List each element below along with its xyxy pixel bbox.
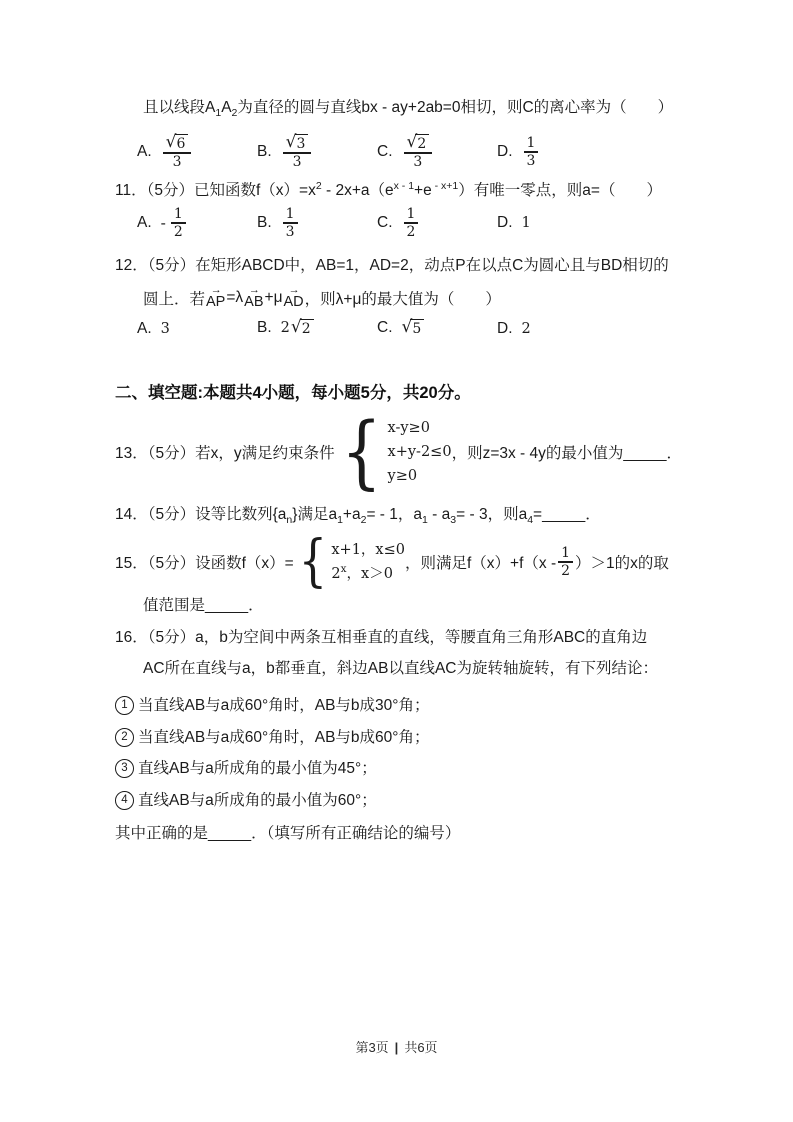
q15-text-pre: 15．（5分）设函数f（x）= [115,551,294,573]
option-b-label: B. [257,319,272,337]
minus-sign: - [161,214,166,232]
circled-number-4: 4 [115,791,134,810]
q14-text: 14．（5分）设等比数列{a [115,506,286,523]
list-item: 1 当直线AB与a成60°角时，AB与b成30°角； [115,690,755,722]
section-2-heading: 二、填空题:本题共4小题，每小题5分，共20分。 [115,382,755,404]
option-d-label: D. [497,214,513,232]
q10-text: A [221,99,231,116]
page-total: 共6页 [404,1040,437,1055]
q15-stem: 15．（5分）设函数f（x）= { x+1，x≤0 2x，x＞0 ，则满足f（x… [115,538,755,586]
sqrt-radicand: 2 [415,134,429,153]
option-d-value: 2 [522,321,531,337]
fraction-numerator: 1 [404,206,419,223]
q11-text: - 2x+a（e [322,182,394,199]
constraint-row: y≥0 [388,464,452,488]
conclusion-text: 当直线AB与a成60°角时，AB与b成30°角； [138,690,429,722]
q14-stem: 14．（5分）设等比数列{an}满足a1+a2= - 1，a1 - a3= - … [115,504,755,525]
q11-options: A. - 1 2 B. 1 3 C. 1 [115,201,755,245]
sqrt-expression: √2 [291,319,314,338]
constraint-row: x-y≥0 [388,416,452,440]
q16-answer-line: 其中正确的是_____．（填写所有正确结论的编号） [115,818,755,849]
q11-text: +e [414,182,432,199]
vector-letters: AP [206,295,225,310]
option-a: A. √6 3 [137,134,257,171]
q12-text: ，则λ+μ的最大值为（ ） [305,287,501,309]
option-c-label: C. [377,143,393,161]
fraction-numerator: 1 [524,135,539,152]
q16-stem-line2: AC所在直线与a，b都垂直，斜边AB以直线AC为旋转轴旋转，有下列结论： [115,658,755,679]
piecewise-row: 2x，x＞0 [331,562,405,586]
circled-number-3: 3 [115,759,134,778]
sqrt-expression: √5 [402,319,425,338]
q14-text: = - 3，则a [456,506,527,523]
q10-text: 为直径的圆与直线bx - ay+2ab=0相切，则C的离心率为（ ） [237,99,673,116]
fraction: 1 3 [283,206,298,241]
option-d-value: 1 [522,215,531,231]
option-c-label: C. [377,319,393,337]
fraction: √2 3 [404,134,433,171]
q13-text-pre: 13．（5分）若x，y满足约束条件 [115,441,335,463]
q12-text: =λ [226,289,243,307]
q14-text: =_____． [533,506,601,523]
fraction-denominator: 3 [524,153,539,170]
vector-ad: →AD [284,287,304,310]
q16-stem-line1: 16．（5分）a，b为空间中两条互相垂直的直线，等腰直角三角形ABC的直角边 [115,627,755,648]
option-d: D. 2 [497,320,531,338]
list-item: 2 当直线AB与a成60°角时，AB与b成60°角； [115,722,755,754]
option-c: C. √5 [377,319,497,338]
page-footer: 第3页|共6页 [0,1037,793,1056]
option-c-label: C. [377,214,393,232]
fraction: 1 3 [524,135,539,170]
q15-stem-line2: 值范围是_____． [115,595,755,616]
option-a: A. 3 [137,320,257,338]
fraction: 1 2 [558,545,573,580]
fraction-denominator: 2 [404,224,419,241]
exam-content: 且以线段A1A2为直径的圆与直线bx - ay+2ab=0相切，则C的离心率为（… [115,97,755,849]
conclusion-text: 当直线AB与a成60°角时，AB与b成60°角； [138,722,429,754]
q14-text: }满足a [292,506,337,523]
q11-text: ）有唯一零点，则a=（ ） [458,182,662,199]
fraction-numerator: √3 [283,134,312,153]
q10-text: 且以线段A [143,99,215,116]
sqrt-radicand: 3 [295,134,309,153]
fraction-numerator: √2 [404,134,433,153]
circled-number-2: 2 [115,728,134,747]
option-a-label: A. [137,143,152,161]
option-b-label: B. [257,214,272,232]
option-c: C. √2 3 [377,134,497,171]
piecewise-base: 2 [331,566,340,582]
q10-continuation-line: 且以线段A1A2为直径的圆与直线bx - ay+2ab=0相切，则C的离心率为（… [115,97,755,118]
fraction-denominator: 3 [170,154,185,171]
option-a: A. - 1 2 [137,206,257,241]
q15-text-mid: ，则满足f（x）+f（x - [405,551,556,573]
footer-separator: | [395,1040,399,1055]
q13-stem: 13．（5分）若x，y满足约束条件 { x-y≥0 x+y-2≤0 y≥0 ，则… [115,416,755,488]
sqrt-radicand: 2 [300,319,314,338]
sqrt-expression: √2 [407,134,430,153]
page-number: 第3页 [355,1040,388,1055]
fraction-numerator: 1 [283,206,298,223]
q14-text: - a [428,506,450,523]
option-a-value: 3 [161,321,170,337]
sqrt-expression: √3 [286,134,309,153]
option-b: B. 2 √2 [257,319,377,338]
q12-text: +μ [265,289,283,307]
left-brace: { [298,538,327,586]
option-a-label: A. [137,214,152,232]
constraint-row: x+y-2≤0 [388,440,452,464]
conclusion-text: 直线AB与a所成角的最小值为45°； [138,753,377,785]
fraction-denominator: 3 [290,154,305,171]
left-brace: { [341,418,382,486]
piecewise-row: x+1，x≤0 [331,538,405,562]
q15-piecewise-system: x+1，x≤0 2x，x＞0 [331,538,405,586]
q11-stem: 11．（5分）已知函数f（x）=x2 - 2x+a（ex - 1+e - x+1… [115,180,755,201]
q10-options: A. √6 3 B. √3 3 C. √2 [115,129,755,175]
sqrt-radicand: 5 [410,319,424,338]
q13-text-post: ，则z=3x - 4y的最小值为_____． [452,441,682,463]
circled-number-1: 1 [115,696,134,715]
fraction: 1 2 [404,206,419,241]
piecewise-rest: ，x＞0 [347,566,393,582]
q15-text-post: ）＞1的x的取 [575,551,669,573]
q12-options: A. 3 B. 2 √2 C. √5 D. 2 [115,318,755,339]
option-a-label: A. [137,320,152,338]
fraction-denominator: 3 [283,224,298,241]
fraction: √3 3 [283,134,312,171]
q11-exponent: x - 1 [394,180,414,192]
option-d-label: D. [497,143,513,161]
fraction: 1 2 [171,206,186,241]
vector-letters: AD [284,295,304,310]
option-b-label: B. [257,143,272,161]
coefficient: 2 [281,320,290,336]
vector-letters: AB [244,295,263,310]
vector-ab: →AB [244,287,263,310]
q14-text: +a [343,506,361,523]
q13-constraint-system: x-y≥0 x+y-2≤0 y≥0 [388,416,452,488]
q12-text: 圆上．若 [143,287,205,309]
q11-text: 11．（5分）已知函数f（x）=x [115,182,316,199]
list-item: 3 直线AB与a所成角的最小值为45°； [115,753,755,785]
q14-text: = - 1，a [366,506,422,523]
option-c: C. 1 2 [377,206,497,241]
fraction-denominator: 2 [171,224,186,241]
sqrt-expression: √6 [166,134,189,153]
vector-ap: →AP [206,287,225,310]
q12-stem-line2: 圆上．若→AP=λ→AB+μ→AD，则λ+μ的最大值为（ ） [115,285,755,311]
conclusion-text: 直线AB与a所成角的最小值为60°； [138,785,377,817]
exam-page: 且以线段A1A2为直径的圆与直线bx - ay+2ab=0相切，则C的离心率为（… [0,0,793,1122]
q12-stem-line1: 12．（5分）在矩形ABCD中，AB=1，AD=2，动点P在以点C为圆心且与BD… [115,255,755,276]
list-item: 4 直线AB与a所成角的最小值为60°； [115,785,755,817]
option-d: D. 1 3 [497,135,540,170]
option-b: B. √3 3 [257,134,377,171]
sqrt-radicand: 6 [175,134,189,153]
q11-exponent: - x+1 [432,180,459,192]
fraction-numerator: √6 [163,134,192,153]
option-d: D. 1 [497,214,531,232]
option-b: B. 1 3 [257,206,377,241]
option-d-label: D. [497,320,513,338]
fraction-denominator: 3 [410,154,425,171]
fraction-numerator: 1 [558,545,573,562]
fraction-denominator: 2 [558,563,573,580]
q16-conclusion-list: 1 当直线AB与a成60°角时，AB与b成30°角； 2 当直线AB与a成60°… [115,690,755,816]
fraction-numerator: 1 [171,206,186,223]
fraction: √6 3 [163,134,192,171]
